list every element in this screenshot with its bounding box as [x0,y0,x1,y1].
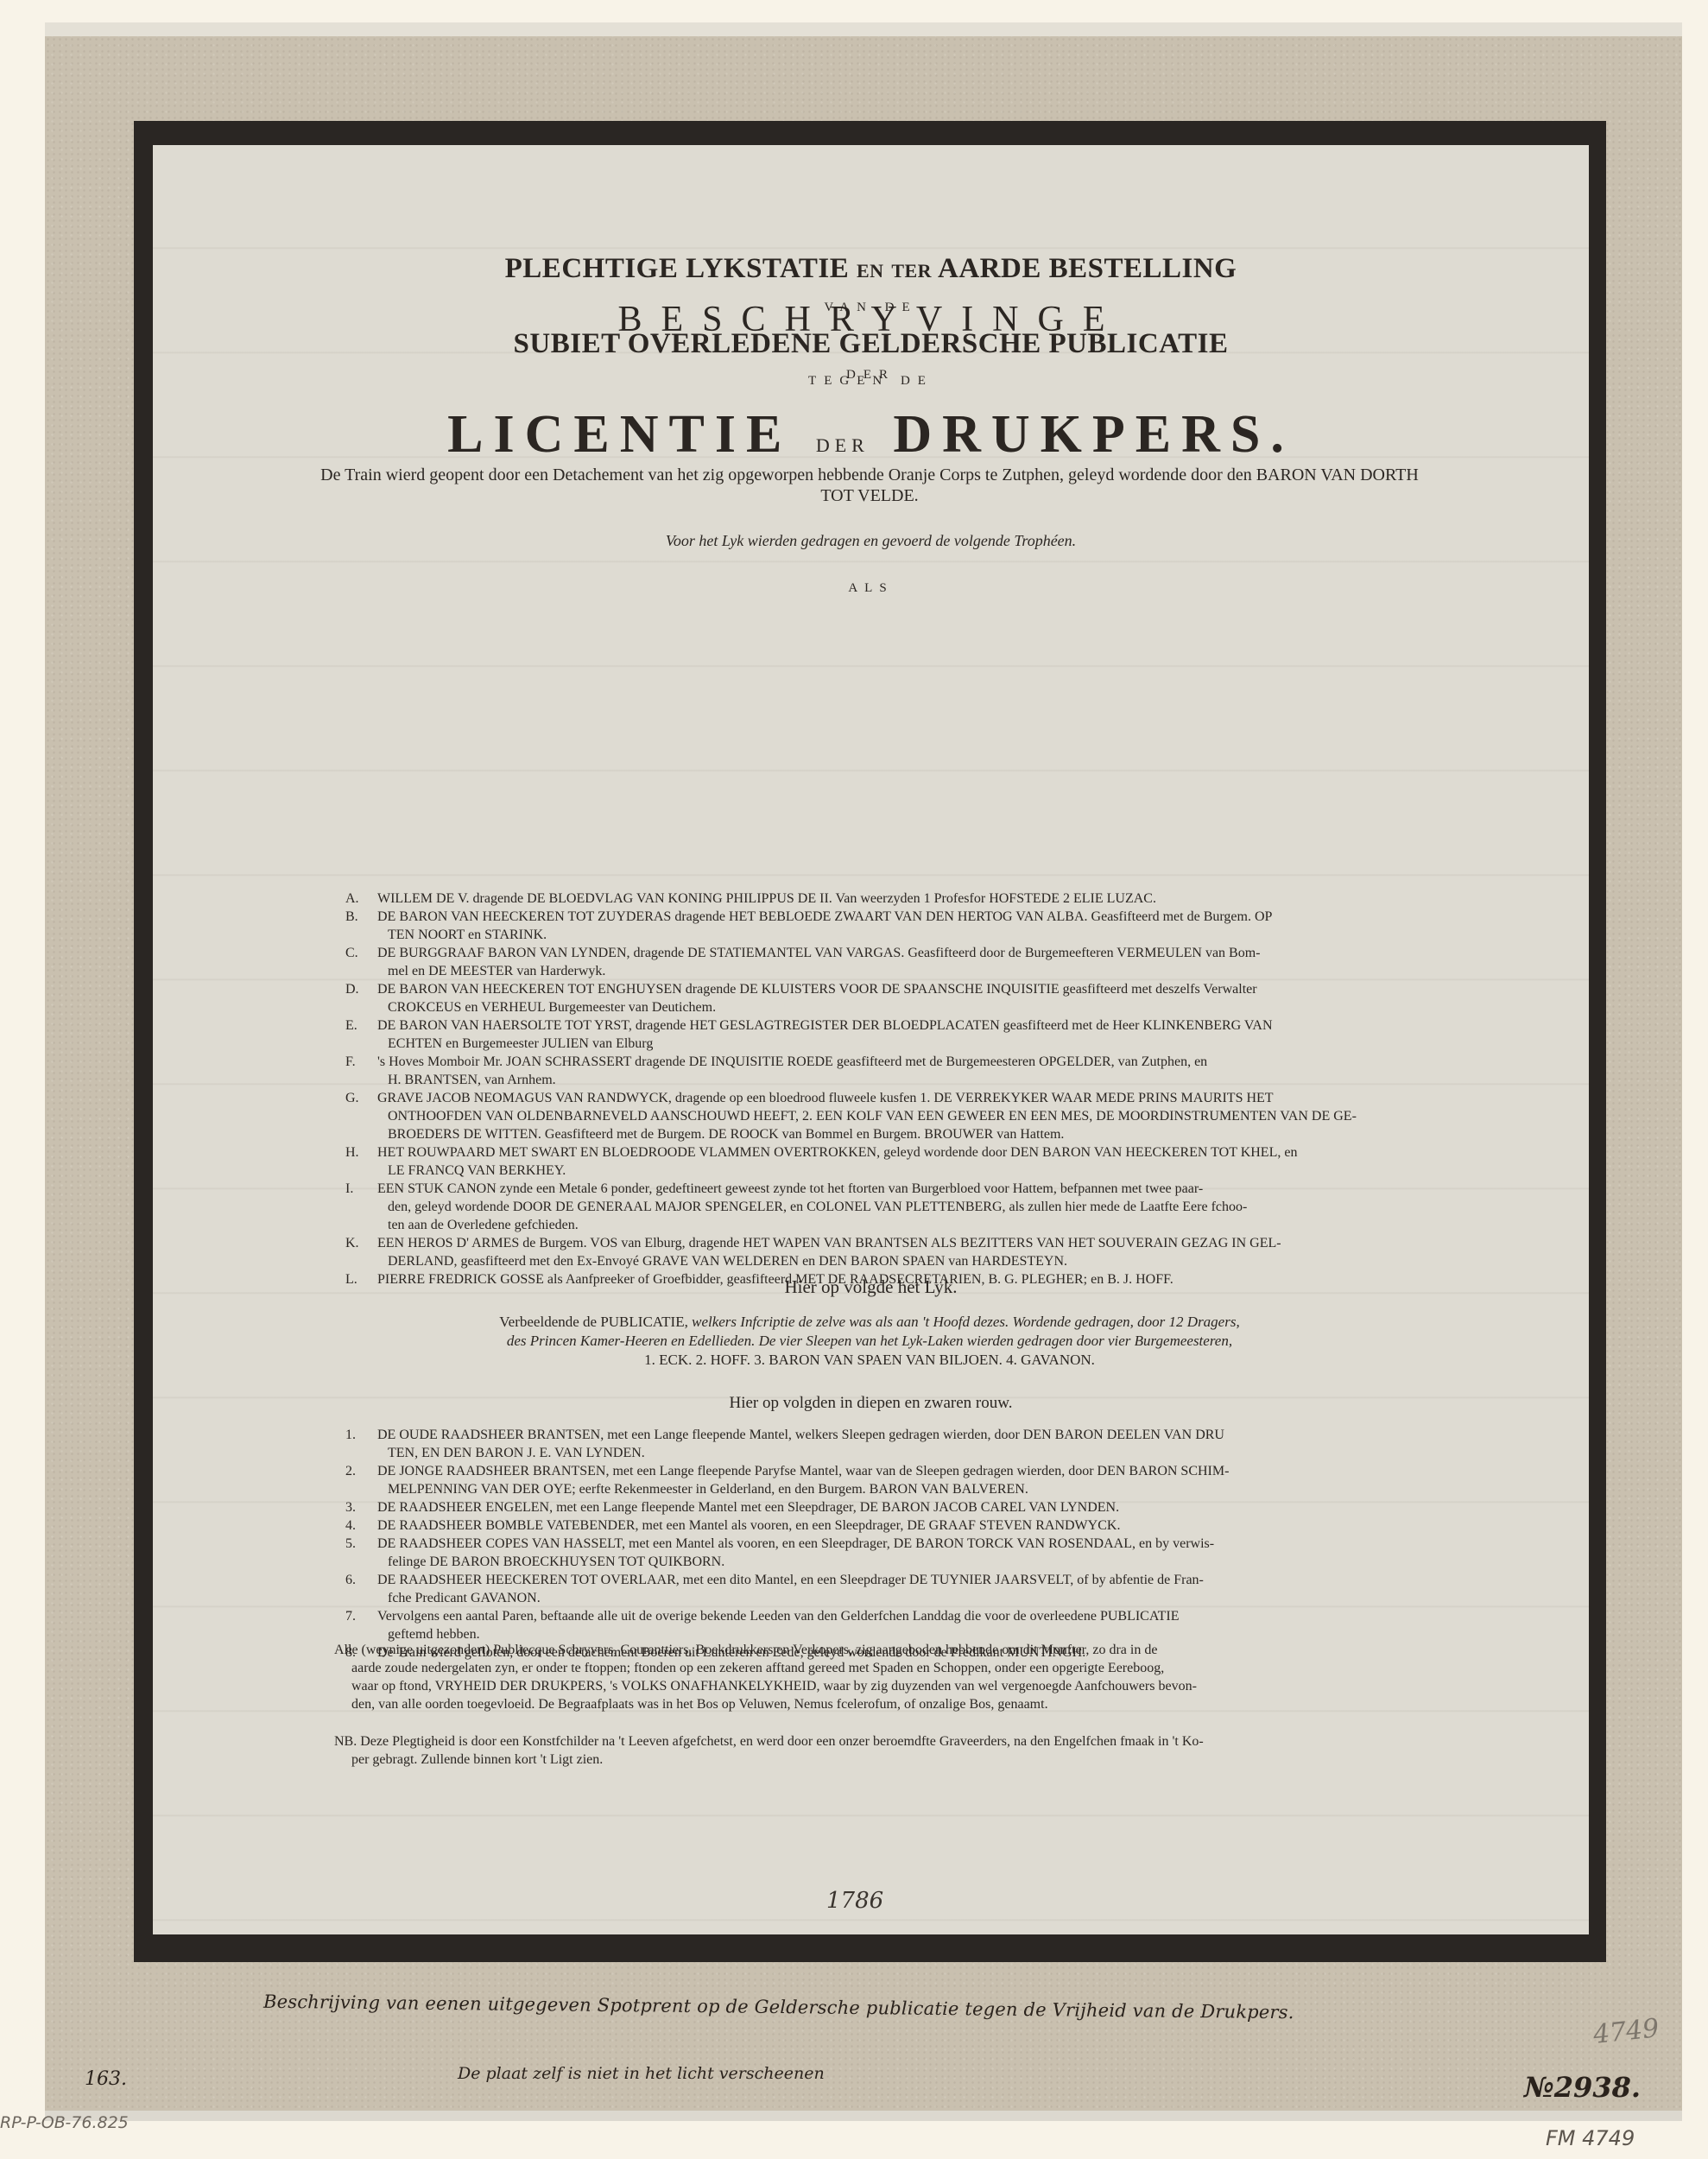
mount-top-edge [45,22,1682,36]
title-plechtige-lykstatie: PLECHTIGE LYKSTATIE EN TER AARDE BESTELL… [153,253,1589,285]
list-item: 4.DE RAADSHEER BOMBLE VATEBENDER, met ee… [345,1516,1433,1535]
printed-broadside: BESCHRYVINGE DER PLECHTIGE LYKSTATIE EN … [153,145,1589,1934]
handwritten-number-left: 163. [85,2068,127,2090]
mourners-list: 1.DE OUDE RAADSHEER BRANTSEN, met een La… [345,1426,1433,1662]
list-item: 6.DE RAADSHEER HEECKEREN TOT OVERLAAR, m… [345,1571,1433,1607]
catalog-number: №2938. [1524,2071,1641,2104]
title-van-de: VAN DE [153,301,1589,315]
list-item: I.EEN STUK CANON zynde een Metale 6 pond… [345,1180,1433,1234]
inventory-number-left: RP-P-OB-76.825 [0,2113,129,2132]
list-item: 5.DE RAADSHEER COPES VAN HASSELT, met ee… [345,1535,1433,1571]
list-item: H.HET ROUWPAARD MET SWART EN BLOEDROODE … [345,1143,1433,1180]
list-item: B.DE BARON VAN HEECKEREN TOT ZUYDERAS dr… [345,908,1433,944]
inventory-number-right: FM 4749 [1546,2126,1635,2150]
list-item: K.EEN HEROS D' ARMES de Burgem. VOS van … [345,1234,1433,1270]
list-item: 3.DE RAADSHEER ENGELEN, met een Lange fl… [345,1498,1433,1516]
trophies-list: A.WILLEM DE V. dragende DE BLOEDVLAG VAN… [345,890,1433,1288]
nb-note: NB. Deze Plegtigheid is door een Konstfc… [334,1732,1422,1769]
list-item: 1.DE OUDE RAADSHEER BRANTSEN, met een La… [345,1426,1433,1462]
lyk-heading: Hier op volgde het Lyk. [153,1276,1589,1298]
alle-paragraph: Alle (weynige uitgezondert) Publiecque S… [334,1641,1422,1713]
list-item: 7.Vervolgens een aantal Paren, beftaande… [345,1607,1433,1643]
als-heading: ALS [153,581,1589,596]
title-licentie-der-drukpers: LICENTIE DER DRUKPERS. [153,404,1589,465]
intro-italic-line: Voor het Lyk wierden gedragen en gevoerd… [153,532,1589,550]
list-item: 2.DE JONGE RAADSHEER BRANTSEN, met een L… [345,1462,1433,1498]
mourners-heading: Hier op volgden in diepen en zwaren rouw… [153,1394,1589,1413]
handwritten-year: 1786 [826,1888,883,1914]
list-item: G.GRAVE JACOB NEOMAGUS VAN RANDWYCK, dra… [345,1089,1433,1143]
lyk-description: Verbeeldende de PUBLICATIE, welkers Infc… [334,1313,1405,1370]
list-item: E.DE BARON VAN HAERSOLTE TOT YRST, drage… [345,1016,1433,1053]
title-subiet-overledene: SUBIET OVERLEDENE GELDERSCHE PUBLICATIE [153,328,1589,360]
handwritten-note: De plaat zelf is niet in het licht versc… [458,2064,825,2083]
intro-paragraph: De Train wierd geopent door een Detachem… [308,465,1431,506]
list-item: F.'s Hoves Momboir Mr. JOAN SCHRASSERT d… [345,1053,1433,1089]
list-item: C.DE BURGGRAAF BARON VAN LYNDEN, dragend… [345,944,1433,980]
list-item: A.WILLEM DE V. dragende DE BLOEDVLAG VAN… [345,890,1433,908]
list-item: D.DE BARON VAN HEECKEREN TOT ENGHUYSEN d… [345,980,1433,1016]
title-tegen-de: TEGEN DE [153,374,1589,389]
mount-bottom-edge [45,2111,1682,2121]
